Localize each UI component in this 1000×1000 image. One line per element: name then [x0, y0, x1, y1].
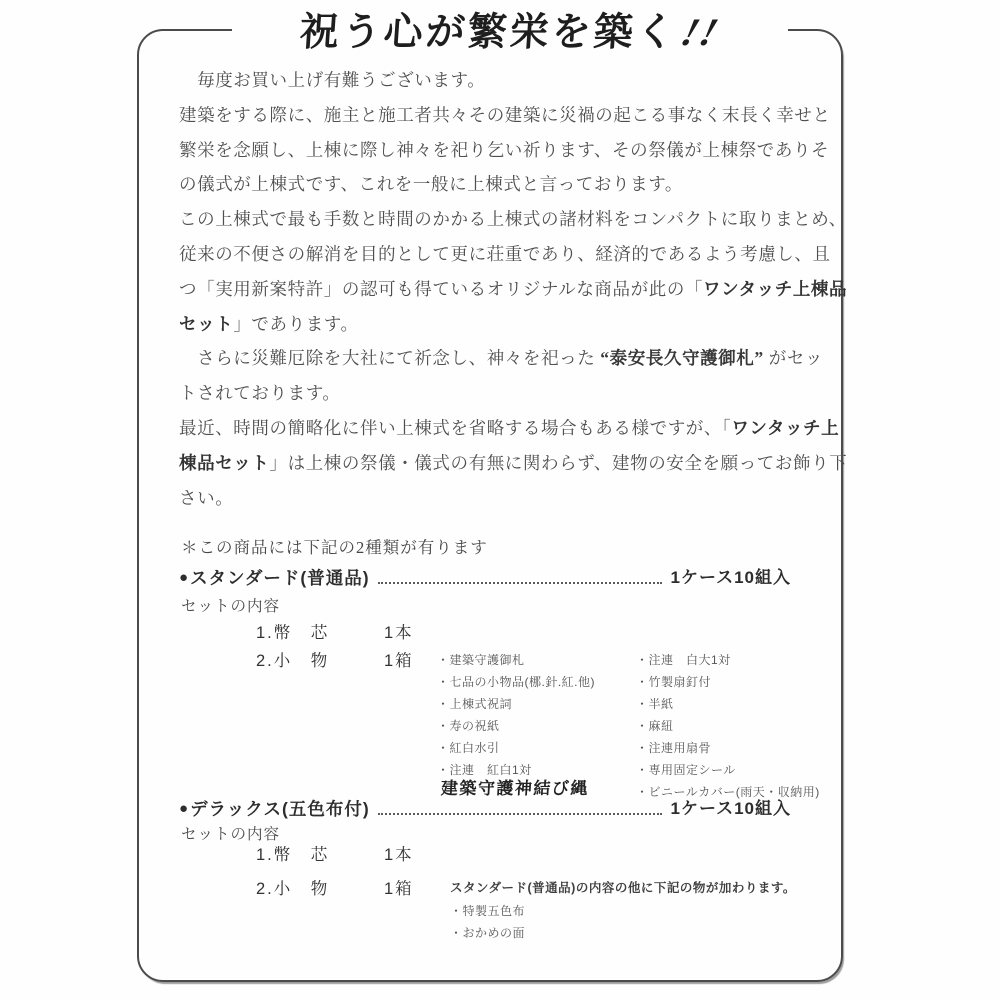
- contents-label-standard: セットの内容: [181, 594, 280, 616]
- body-line-segment: がセッ: [764, 348, 823, 368]
- set-sub-item: ・半紙: [636, 693, 820, 715]
- set-item-row: 2.小 物 1箱: [256, 647, 414, 671]
- section-name-standard: スタンダード(普通品): [190, 566, 369, 590]
- body-line: さい。: [179, 481, 839, 516]
- section-header-deluxe: ● デラックス(五色布付) 1ケース10組入: [179, 797, 791, 821]
- body-line: の儀式が上棟式です、これを一般に上棟式と言っております。: [179, 167, 839, 202]
- dotted-leader: [378, 813, 663, 815]
- item-quantity: 1箱: [384, 647, 414, 671]
- body-line: 従来の不便さの解消を目的として更に荘重であり、経済的であるよう考慮し、且: [179, 237, 839, 272]
- page-title-exclamation: !!: [676, 10, 727, 55]
- set-sub-item: ・七品の小物品(梛.針.紅.他): [437, 671, 595, 693]
- product-types-note: ＊この商品には下記の2種類が有ります: [181, 534, 488, 558]
- body-line-segment: 最近、時間の簡略化に伴い上棟式を省略する場合もある様ですが、「: [179, 418, 731, 438]
- body-line-segment: つ「実用新案特許」の認可も得ているオリジナルな商品が此の「: [179, 279, 703, 299]
- body-line-segment: 」であります。: [233, 314, 358, 334]
- product-name-bold: セット: [179, 314, 233, 334]
- item-label: 幣 芯: [274, 846, 330, 864]
- item-number: 2.: [256, 652, 274, 670]
- product-name-bold: ワンタッチ上: [731, 418, 839, 438]
- set-sub-item: ・竹製扇釘付: [636, 671, 820, 693]
- item-quantity: 1箱: [384, 875, 414, 899]
- body-line: 繁栄を念願し、上棟に際し神々を祀り乞い祈ります、その祭儀が上棟祭でありそ: [179, 133, 839, 168]
- item-name: 1.幣 芯: [256, 619, 384, 643]
- section-header-standard: ● スタンダード(普通品) 1ケース10組入: [179, 566, 791, 590]
- page-title-text: 祝う心が繁栄を築く: [299, 11, 680, 54]
- body-line: 毎度お買い上げ有難うございます。: [179, 63, 839, 98]
- section-name-deluxe: デラックス(五色布付): [190, 797, 370, 821]
- set-item-row: 1.幣 芯 1本: [256, 841, 414, 865]
- item-label: 幣 芯: [274, 624, 330, 642]
- case-quantity-deluxe: 1ケース10組入: [670, 797, 791, 821]
- body-line: トされております。: [179, 376, 839, 411]
- case-quantity-standard: 1ケース10組入: [670, 566, 791, 590]
- set-sub-item: ・注連用扇骨: [636, 737, 820, 759]
- body-line-segment: さらに災難厄除を大社にて祈念し、神々を祀った: [179, 348, 600, 368]
- product-name-bold: ワンタッチ上棟品: [703, 279, 847, 299]
- page-title: 祝う心が繁栄を築く!!: [298, 1, 721, 57]
- bullet-icon: ●: [179, 797, 188, 821]
- set-sub-item: ・上棟式祝詞: [437, 693, 595, 715]
- item-quantity: 1本: [384, 841, 414, 865]
- body-paragraphs: 毎度お買い上げ有難うございます。 建築をする際に、施主と施工者共々その建築に災禍…: [179, 63, 839, 515]
- set-sub-item: ・建築守護御札: [437, 649, 595, 671]
- bullet-icon: ●: [179, 566, 188, 590]
- item-name: 2.小 物: [256, 647, 384, 671]
- body-line: 最近、時間の簡略化に伴い上棟式を省略する場合もある様ですが、「ワンタッチ上: [179, 411, 839, 446]
- body-line: 建築をする際に、施主と施工者共々その建築に災禍の起こる事なく末長く幸せと: [179, 98, 839, 133]
- body-line: この上棟式で最も手数と時間のかかる上棟式の諸材料をコンパクトに取りまとめ、: [179, 202, 839, 237]
- item-name: 1.幣 芯: [256, 841, 384, 865]
- set-sub-item: ・麻紐: [636, 715, 820, 737]
- deluxe-additions-note: スタンダード(普通品)の内容の他に下記の物が加わります。: [450, 878, 796, 896]
- item-number: 2.: [256, 880, 274, 898]
- sub-items-column-left: ・建築守護御札 ・七品の小物品(梛.針.紅.他) ・上棟式祝詞 ・寿の祝紙 ・紅…: [437, 649, 595, 781]
- body-line-segment: 」は上棟の祭儀・儀式の有無に関わらず、建物の安全を願ってお飾り下: [270, 453, 848, 473]
- sub-items-column-deluxe: ・特製五色布 ・おかめの面: [450, 900, 525, 944]
- item-number: 1.: [256, 624, 274, 642]
- set-sub-item: ・寿の祝紙: [437, 715, 595, 737]
- set-sub-item: ・注連 白大1対: [636, 649, 820, 671]
- set-item-row: 2.小 物 1箱: [256, 875, 414, 899]
- item-quantity: 1本: [384, 619, 414, 643]
- product-name-bold: 棟品セット: [179, 453, 270, 473]
- talisman-name-bold: “泰安長久守護御札”: [600, 348, 764, 368]
- set-sub-item: ・おかめの面: [450, 922, 525, 944]
- sub-items-column-right: ・注連 白大1対 ・竹製扇釘付 ・半紙 ・麻紐 ・注連用扇骨 ・専用固定シール …: [636, 649, 820, 803]
- title-banner: 祝う心が繁栄を築く!!: [232, 0, 788, 58]
- body-line: さらに災難厄除を大社にて祈念し、神々を祀った “泰安長久守護御札” がセッ: [179, 341, 839, 376]
- rope-calligraphy-label: 建築守護神結び縄: [440, 774, 589, 799]
- set-item-row: 1.幣 芯 1本: [256, 619, 414, 643]
- dotted-leader: [378, 582, 663, 584]
- item-name: 2.小 物: [256, 875, 384, 899]
- body-line: 棟品セット」は上棟の祭儀・儀式の有無に関わらず、建物の安全を願ってお飾り下: [179, 446, 839, 481]
- scanned-document-page: 祝う心が繁栄を築く!! 毎度お買い上げ有難うございます。 建築をする際に、施主と…: [0, 0, 1000, 1000]
- item-label: 小 物: [274, 880, 330, 898]
- body-line: セット」であります。: [179, 307, 839, 342]
- set-sub-item: ・専用固定シール: [636, 759, 820, 781]
- item-number: 1.: [256, 846, 274, 864]
- set-sub-item: ・紅白水引: [437, 737, 595, 759]
- set-sub-item: ・特製五色布: [450, 900, 525, 922]
- item-label: 小 物: [274, 652, 330, 670]
- body-line: つ「実用新案特許」の認可も得ているオリジナルな商品が此の「ワンタッチ上棟品: [179, 272, 839, 307]
